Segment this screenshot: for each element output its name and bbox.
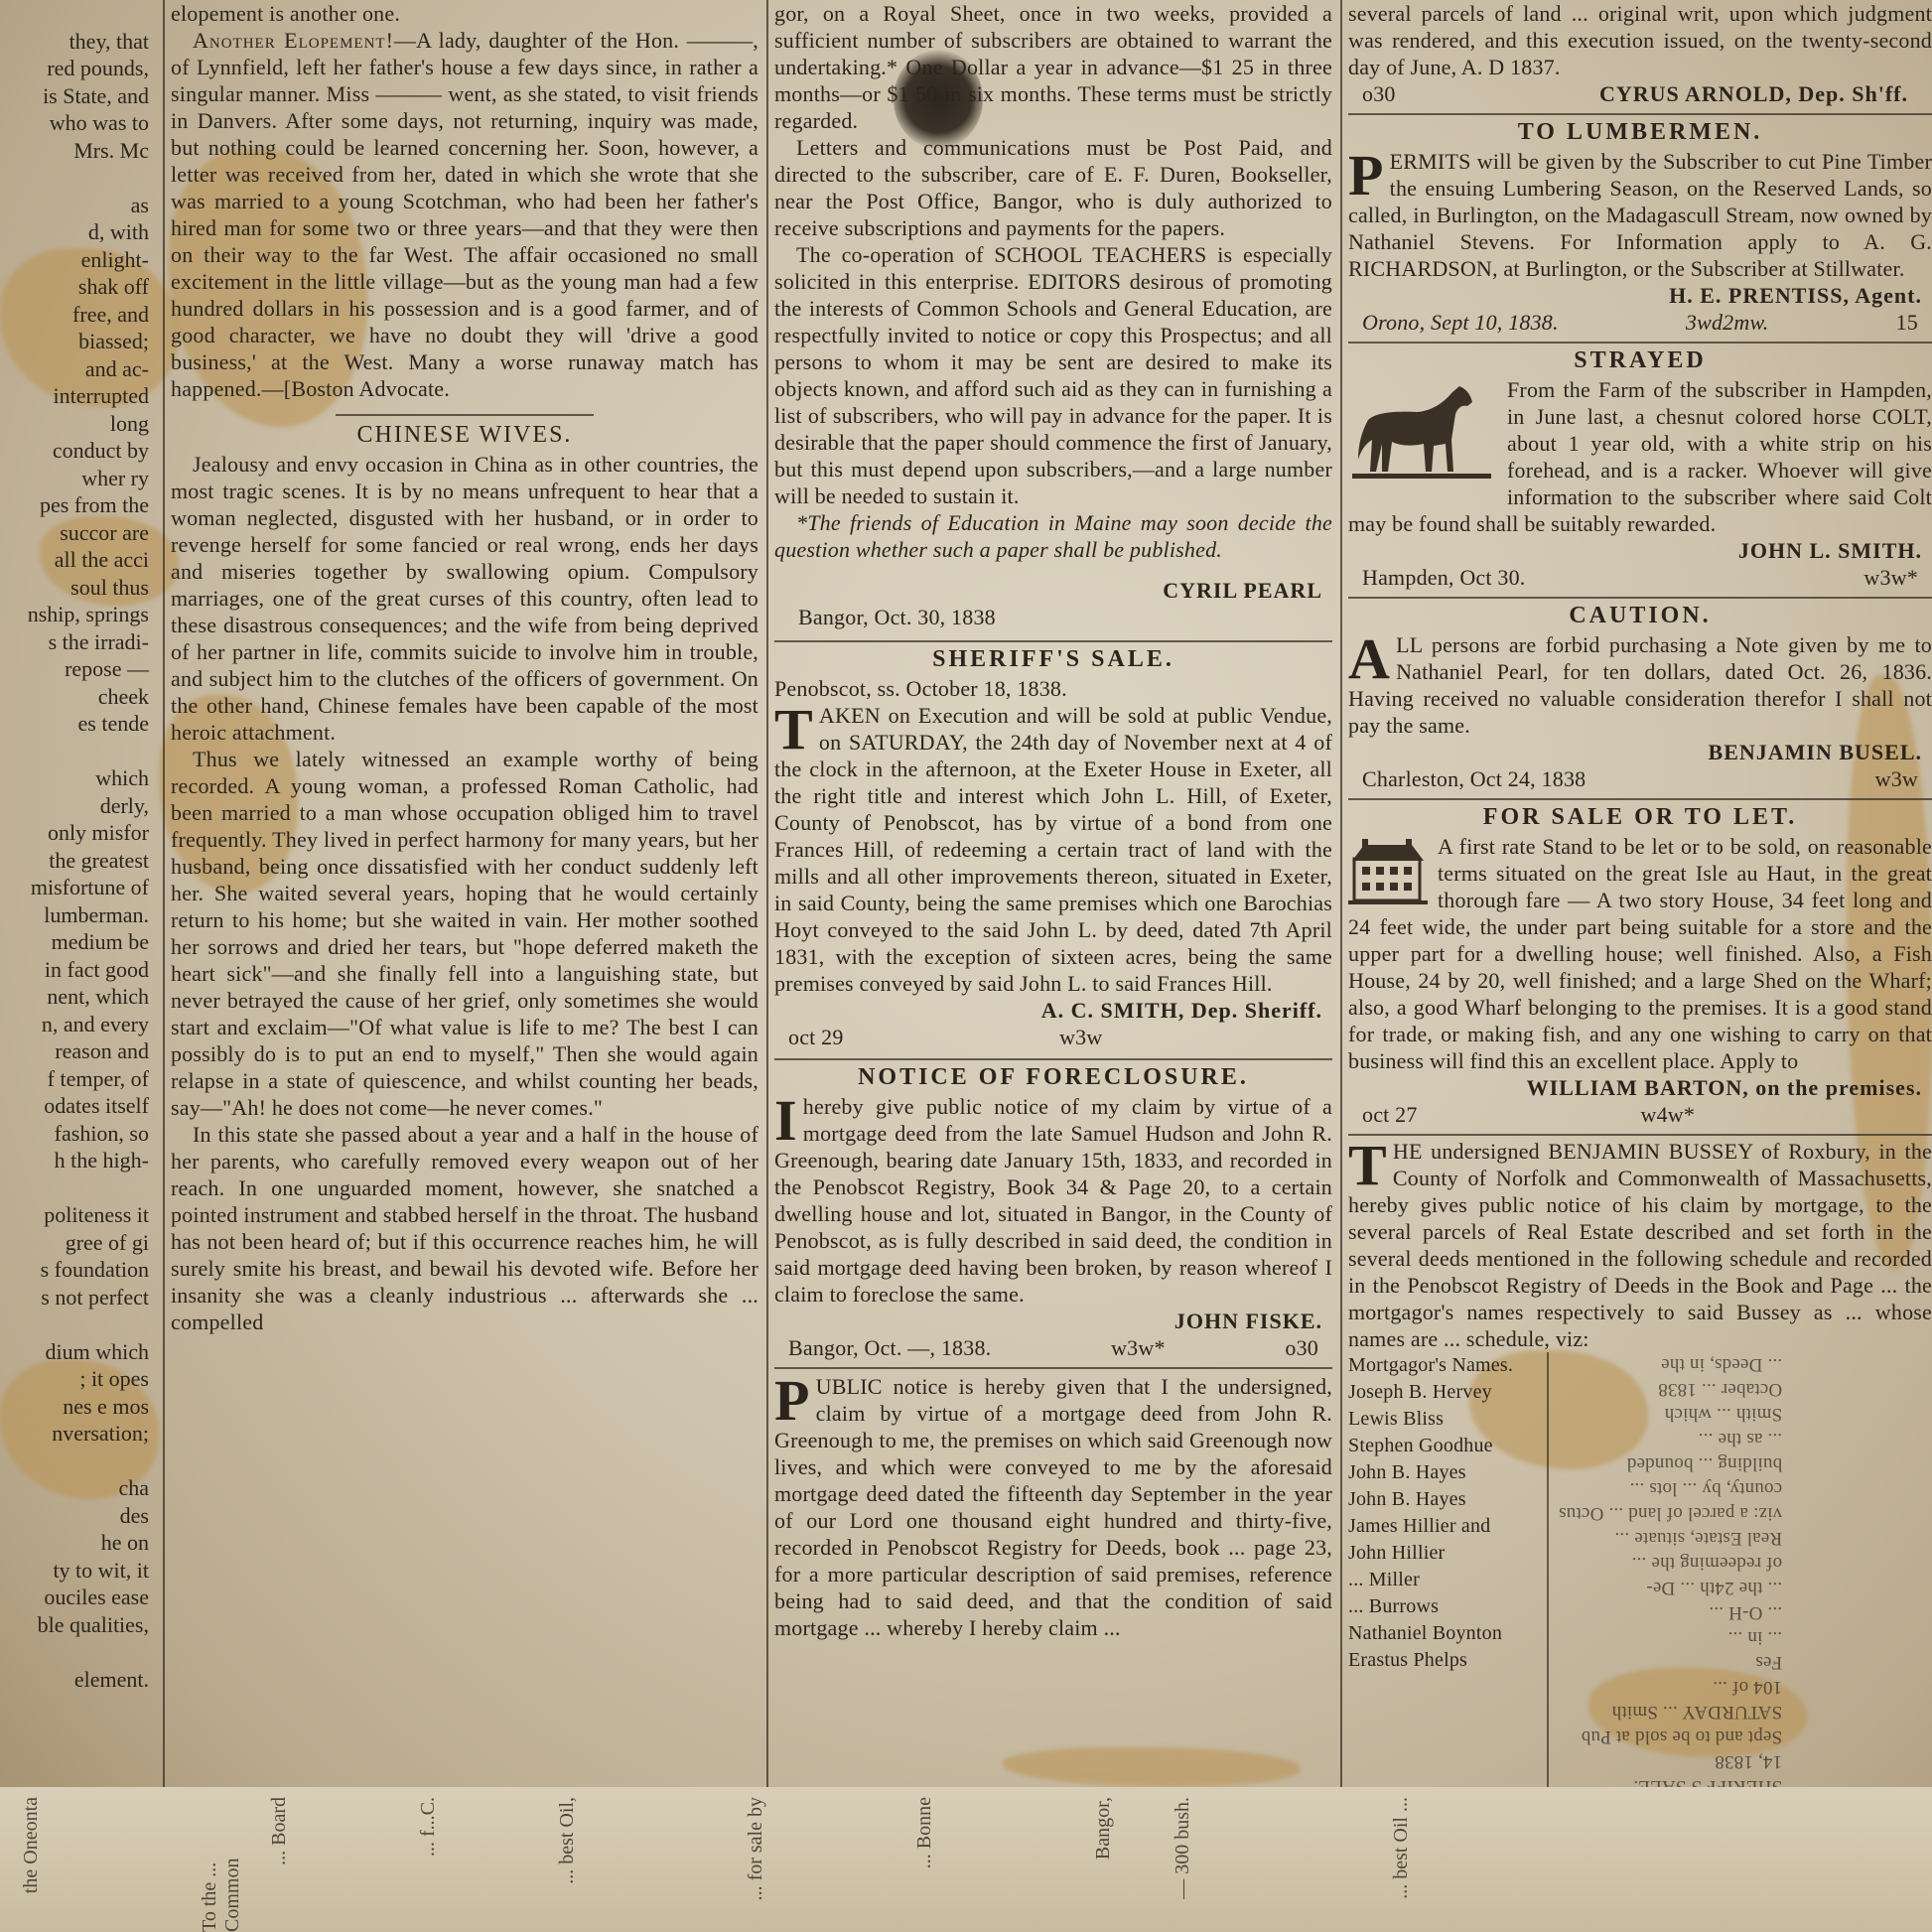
ad-heading: CAUTION. xyxy=(1348,603,1932,629)
signature: H. E. PRENTISS, Agent. xyxy=(1348,282,1932,309)
offset-line: viz: a parcel of land ... Octus xyxy=(1559,1501,1782,1526)
article-elopement: Another Elopement!—A lady, daughter of t… xyxy=(171,27,759,402)
intro-line: elopement is another one. xyxy=(171,0,759,27)
ad-body: hereby give public notice of my claim by… xyxy=(774,1094,1332,1307)
signature: BENJAMIN BUSEL. xyxy=(1348,739,1932,765)
section-rule xyxy=(1348,1134,1932,1136)
date: oct 29 xyxy=(788,1024,844,1050)
signature: CYRUS ARNOLD, Dep. Sh'ff. xyxy=(1599,80,1918,107)
dateline: Hampden, Oct 30. xyxy=(1362,564,1526,591)
left-fringe-column: they, thatred pounds,is State, andwho wa… xyxy=(0,0,149,1693)
offset-line: 14, 1838 xyxy=(1559,1749,1782,1774)
column-1: elopement is another one. Another Elopem… xyxy=(171,0,759,1335)
horse-icon xyxy=(1348,380,1497,495)
prospectus-paragraph: The co-operation of SCHOOL TEACHERS is e… xyxy=(774,241,1332,509)
dateline: Charleston, Oct 24, 1838 xyxy=(1362,765,1586,792)
ad-body: LL persons are forbid purchasing a Note … xyxy=(1348,632,1932,738)
article-chinese-wives: CHINESE WIVES. Jealousy and envy occasio… xyxy=(171,422,759,1335)
section-rule xyxy=(1348,798,1932,800)
execution-tail: several parcels of land ... original wri… xyxy=(1348,0,1932,107)
underlying-newspaper-strip: the Oneonta To the ... Common ... Board … xyxy=(0,1787,1932,1932)
list-item: Joseph B. Hervey xyxy=(1348,1379,1547,1406)
dropcap: P xyxy=(774,1377,810,1425)
mortgagor-list: Mortgagor's Names. Joseph B. Hervey Lewi… xyxy=(1348,1352,1547,1799)
offset-line: ... Deeds, in the xyxy=(1559,1352,1782,1377)
dropcap: T xyxy=(774,706,813,754)
ad-heading: TO LUMBERMEN. xyxy=(1348,119,1932,146)
article-paragraph: In this state she passed about a year an… xyxy=(171,1121,759,1335)
prospectus-paragraph: gor, on a Royal Sheet, once in two weeks… xyxy=(774,0,1332,134)
signature: JOHN FISKE. xyxy=(774,1308,1332,1334)
offset-line: Octaber ... 1838 xyxy=(1559,1377,1782,1402)
offset-line: building ... bounded xyxy=(1559,1451,1782,1476)
house-icon xyxy=(1348,837,1428,912)
dropcap: I xyxy=(774,1097,797,1145)
section-rule xyxy=(774,1058,1332,1060)
dateline: Bangor, Oct. 30, 1838 xyxy=(774,604,1332,630)
offset-line: Sept and to be sold at Pub xyxy=(1559,1725,1782,1749)
ad-body: ERMITS will be given by the Subscriber t… xyxy=(1348,149,1932,281)
date: oct 27 xyxy=(1362,1101,1418,1128)
signature: CYRIL PEARL xyxy=(774,577,1332,604)
column-rule xyxy=(1340,0,1342,1787)
sideways-text: ... f...C. xyxy=(417,1797,440,1857)
offset-line: SATURDAY ... Smith xyxy=(1559,1700,1782,1725)
signature: A. C. SMITH, Dep. Sheriff. xyxy=(774,997,1332,1024)
prospectus: gor, on a Royal Sheet, once in two weeks… xyxy=(774,0,1332,630)
sideways-text: ... Board xyxy=(268,1797,291,1865)
column-rule xyxy=(766,0,768,1787)
sideways-text: — 300 bush. xyxy=(1172,1797,1194,1899)
dateline: Orono, Sept 10, 1838. xyxy=(1362,309,1559,336)
notice-of-foreclosure: NOTICE OF FORECLOSURE. Ihereby give publ… xyxy=(774,1064,1332,1361)
insertion-code: w3w* xyxy=(1863,564,1918,591)
insertion-code: w3w xyxy=(1059,1024,1102,1050)
prospectus-paragraph: Letters and communications must be Post … xyxy=(774,134,1332,241)
ad-heading: NOTICE OF FORECLOSURE. xyxy=(774,1064,1332,1091)
offset-line: Smith ... which xyxy=(1559,1402,1782,1427)
ref-code: 15 xyxy=(1896,309,1918,336)
signature: JOHN L. SMITH. xyxy=(1348,537,1932,564)
section-rule xyxy=(1348,113,1932,115)
ad-body: A first rate Stand to be let or to be so… xyxy=(1348,833,1932,1074)
ad-heading: SHERIFF'S SALE. xyxy=(774,646,1332,673)
sideways-text: ... Bonne xyxy=(913,1797,936,1868)
sideways-text: ... best Oil, xyxy=(556,1797,579,1884)
offset-line: Fes xyxy=(1559,1650,1782,1675)
column-2: gor, on a Royal Sheet, once in two weeks… xyxy=(774,0,1332,1641)
offset-line: county, by ... lots ... xyxy=(1559,1476,1782,1501)
section-rule xyxy=(774,640,1332,642)
section-rule xyxy=(1348,597,1932,599)
list-item: ... Burrows xyxy=(1348,1593,1547,1620)
ad-strayed: STRAYED From the Farm of the subscriber … xyxy=(1348,347,1932,591)
signature: WILLIAM BARTON, on the premises. xyxy=(1348,1074,1932,1101)
sideways-text: ... best Oil ... xyxy=(1390,1797,1413,1899)
sideways-text: Bangor, xyxy=(1092,1797,1115,1860)
list-item: John Hillier xyxy=(1348,1540,1547,1567)
ad-for-sale: FOR SALE OR TO LET. A first rate Stand t… xyxy=(1348,804,1932,1128)
ref-code: o30 xyxy=(1362,80,1396,107)
public-notice: PUBLIC notice is hereby given that I the… xyxy=(774,1373,1332,1641)
offset-line: ... O-H ... xyxy=(1559,1600,1782,1625)
prospectus-footnote: *The friends of Education in Maine may s… xyxy=(774,509,1332,563)
dateline: Bangor, Oct. —, 1838. xyxy=(788,1334,991,1361)
ad-body: UBLIC notice is hereby given that I the … xyxy=(774,1374,1332,1640)
ad-body: HE undersigned BENJAMIN BUSSEY of Roxbur… xyxy=(1348,1139,1932,1351)
column-rule xyxy=(163,0,165,1787)
ad-to-lumbermen: TO LUMBERMEN. PERMITS will be given by t… xyxy=(1348,119,1932,336)
offset-line: 104 of ... xyxy=(1559,1675,1782,1700)
ad-caution: CAUTION. ALL persons are forbid purchasi… xyxy=(1348,603,1932,792)
ad-body: AKEN on Execution and will be sold at pu… xyxy=(774,703,1332,996)
column-3: several parcels of land ... original wri… xyxy=(1348,0,1932,1799)
sheriffs-sale: SHERIFF'S SALE. Penobscot, ss. October 1… xyxy=(774,646,1332,1050)
offset-line: ... as the ... xyxy=(1559,1427,1782,1451)
offset-line: of redeeming the ... xyxy=(1559,1551,1782,1576)
ref-code: o30 xyxy=(1285,1334,1318,1361)
sideways-text: the Oneonta xyxy=(20,1797,43,1893)
list-item: Nathaniel Boynton xyxy=(1348,1620,1547,1647)
insertion-code: w3w xyxy=(1875,765,1918,792)
list-item: John B. Hayes xyxy=(1348,1459,1547,1486)
list-item: John B. Hayes xyxy=(1348,1486,1547,1513)
list-item: Erastus Phelps xyxy=(1348,1647,1547,1674)
offset-line: ... the 24th ... De- xyxy=(1559,1576,1782,1600)
section-rule xyxy=(1348,342,1932,344)
list-item: Lewis Bliss xyxy=(1348,1406,1547,1433)
article-paragraph: Jealousy and envy occasion in China as i… xyxy=(171,451,759,746)
dropcap: T xyxy=(1348,1142,1387,1189)
insertion-code: 3wd2mw. xyxy=(1686,309,1769,336)
offset-line: ... in ... xyxy=(1559,1625,1782,1650)
dropcap: A xyxy=(1348,635,1390,683)
article-heading: Another Elopement! xyxy=(193,28,394,53)
section-rule xyxy=(774,1367,1332,1369)
list-item: ... Miller xyxy=(1348,1567,1547,1593)
article-heading: CHINESE WIVES. xyxy=(171,422,759,449)
ad-body: several parcels of land ... original wri… xyxy=(1348,0,1932,80)
mirrored-offset-text: SHERIFF'S SALE. 14, 1838 Sept and to be … xyxy=(1547,1352,1782,1799)
offset-line: Real Estate, situate ... xyxy=(1559,1526,1782,1551)
sideways-text: To the ... Common xyxy=(199,1797,244,1932)
article-paragraph: Thus we lately witnessed an example wort… xyxy=(171,746,759,1121)
sideways-text: ... for sale by xyxy=(745,1797,767,1900)
insertion-code: w4w* xyxy=(1641,1101,1696,1128)
ad-heading: FOR SALE OR TO LET. xyxy=(1348,804,1932,831)
venue-line: Penobscot, ss. October 18, 1838. xyxy=(774,675,1332,702)
insertion-code: w3w* xyxy=(1111,1334,1166,1361)
list-item: James Hillier and xyxy=(1348,1513,1547,1540)
article-body: —A lady, daughter of the Hon. ———, of Ly… xyxy=(171,28,759,401)
dropcap: P xyxy=(1348,152,1384,200)
ad-bussey-mortgage: THE undersigned BENJAMIN BUSSEY of Roxbu… xyxy=(1348,1138,1932,1799)
list-item: Stephen Goodhue xyxy=(1348,1433,1547,1459)
ad-heading: STRAYED xyxy=(1348,347,1932,374)
list-heading: Mortgagor's Names. xyxy=(1348,1352,1547,1379)
section-rule xyxy=(336,414,594,416)
